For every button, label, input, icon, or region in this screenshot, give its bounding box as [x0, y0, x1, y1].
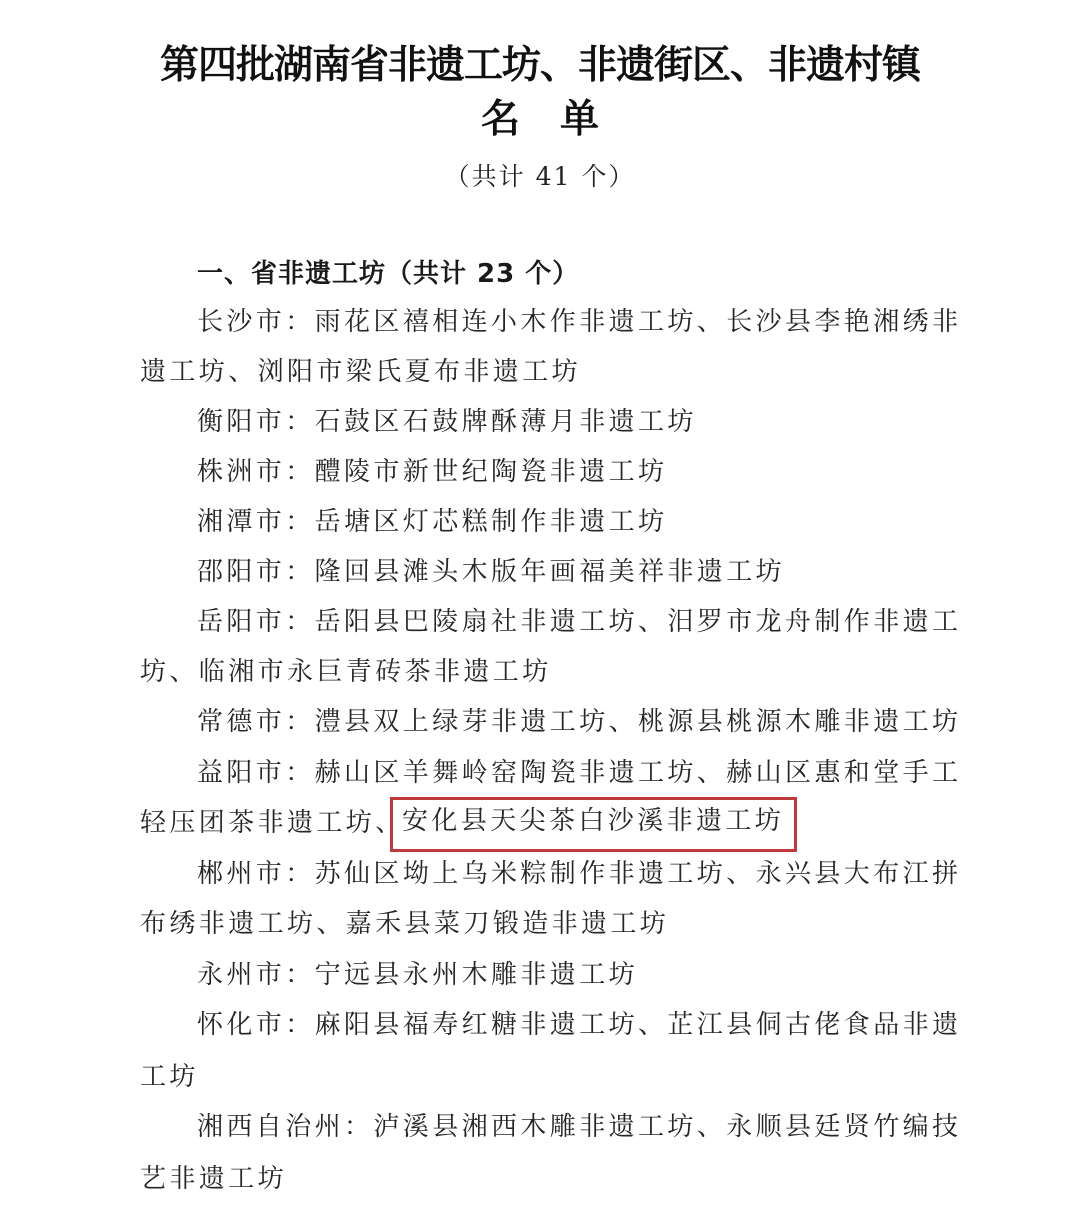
- list-line-yueyang: 岳阳市：岳阳县巴陵扇社非遗工坊、汨罗市龙舟制作非遗工: [197, 609, 961, 635]
- highlighted-workshop-anhua: 安化县天尖茶白沙溪非遗工坊: [402, 808, 784, 834]
- list-line-xiangtan: 湘潭市：岳塘区灯芯糕制作非遗工坊: [197, 509, 667, 535]
- list-line-xiangxi: 湘西自治州：泸溪县湘西木雕非遗工坊、永顺县廷贤竹编技: [197, 1114, 961, 1140]
- list-line-changde: 常德市：澧县双上绿芽非遗工坊、桃源县桃源木雕非遗工坊: [197, 709, 961, 735]
- list-line-chenzhou: 郴州市：苏仙区坳上乌米粽制作非遗工坊、永兴县大布江拼: [197, 861, 961, 887]
- section-heading-workshops: 一、省非遗工坊（共计 23 个）: [197, 253, 579, 290]
- list-line-huaihua-cont: 工坊: [140, 1064, 199, 1090]
- document-page: 第四批湖南省非遗工坊、非遗街区、非遗村镇 名单 （共计 41 个） 一、省非遗工…: [0, 0, 1080, 1222]
- document-subtitle-total-count: （共计 41 个）: [0, 157, 1080, 193]
- list-line-yongzhou: 永州市：宁远县永州木雕非遗工坊: [197, 962, 638, 988]
- list-line-huaihua: 怀化市：麻阳县福寿红糖非遗工坊、芷江县侗古佬食品非遗: [197, 1012, 961, 1038]
- list-line-zhuzhou: 株洲市：醴陵市新世纪陶瓷非遗工坊: [197, 459, 667, 485]
- list-line-shaoyang: 邵阳市：隆回县滩头木版年画福美祥非遗工坊: [197, 559, 785, 585]
- list-line-changsha: 长沙市：雨花区禧相连小木作非遗工坊、长沙县李艳湘绣非: [197, 309, 961, 335]
- document-title-line2: 名单: [0, 100, 1080, 139]
- document-title-line1: 第四批湖南省非遗工坊、非遗街区、非遗村镇: [0, 46, 1080, 85]
- list-line-changsha-cont: 遗工坊、浏阳市梁氏夏布非遗工坊: [140, 359, 581, 385]
- list-line-yueyang-cont: 坊、临湘市永巨青砖茶非遗工坊: [140, 659, 552, 685]
- list-line-hengyang: 衡阳市：石鼓区石鼓牌酥薄月非遗工坊: [197, 409, 697, 435]
- list-line-chenzhou-cont: 布绣非遗工坊、嘉禾县菜刀锻造非遗工坊: [140, 911, 669, 937]
- list-line-xiangxi-cont: 艺非遗工坊: [140, 1166, 287, 1192]
- list-line-yiyang: 益阳市：赫山区羊舞岭窑陶瓷非遗工坊、赫山区惠和堂手工: [197, 760, 961, 786]
- list-line-yiyang-cont: 轻压团茶非遗工坊、: [140, 810, 405, 836]
